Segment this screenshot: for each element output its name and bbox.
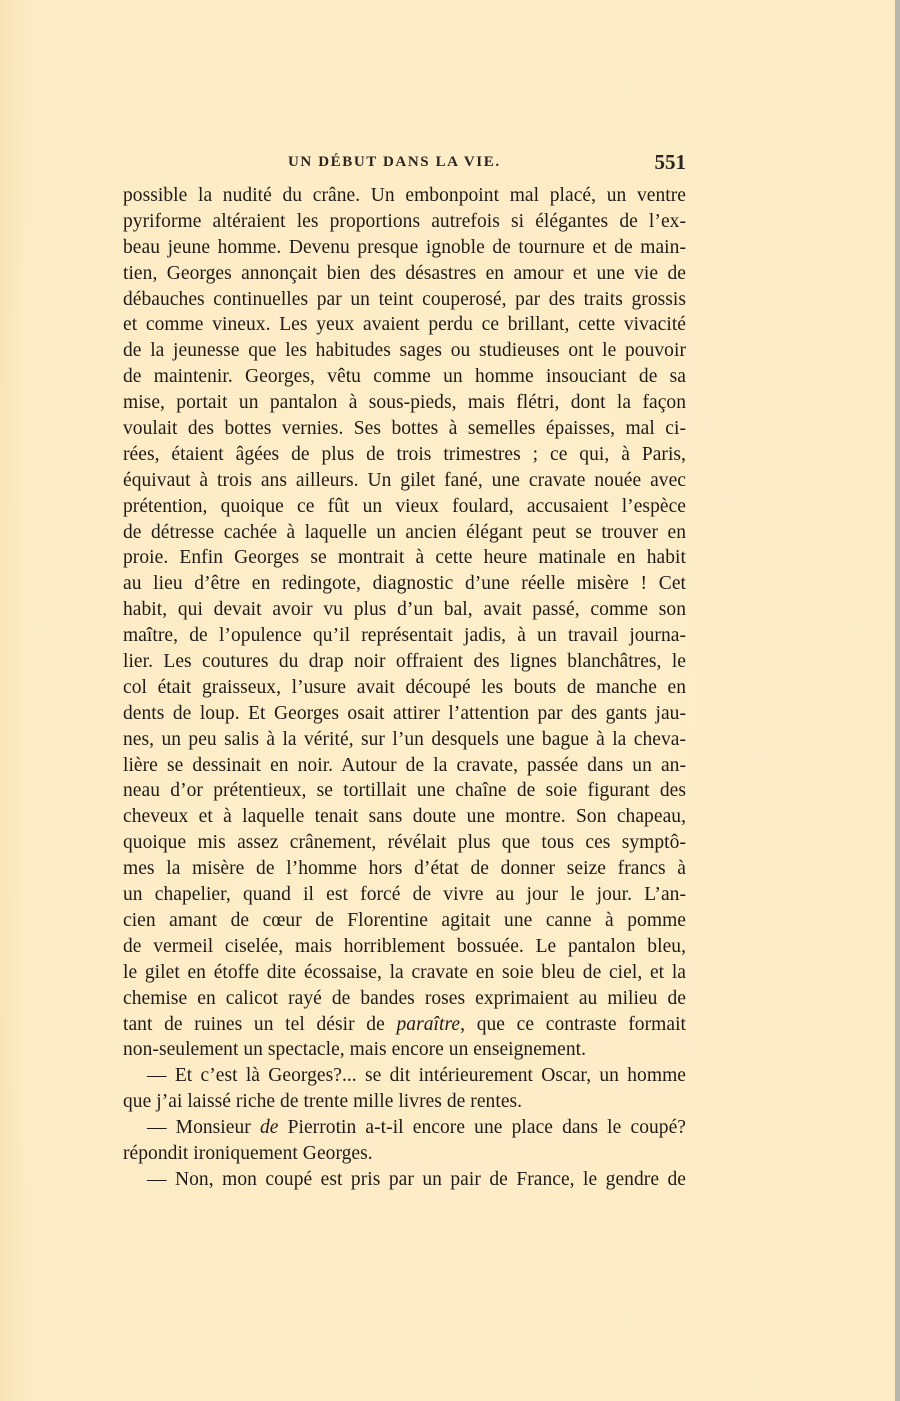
- text-line: voulait des bottes vernies. Ses bottes à…: [123, 416, 686, 442]
- text-line: cheveux et à laquelle tenait sans doute …: [123, 804, 686, 830]
- text-line: possible la nudité du crâne. Un embonpoi…: [123, 183, 686, 209]
- text-line: rées, étaient âgées de plus de trois tri…: [123, 442, 686, 468]
- text-line: maître, de l’opulence qu’il représentait…: [123, 623, 686, 649]
- text-line: dents de loup. Et Georges osait attirer …: [123, 701, 686, 727]
- text-line: cien amant de cœur de Florentine agitait…: [123, 908, 686, 934]
- text-line: habit, qui devait avoir vu plus d’un bal…: [123, 597, 686, 623]
- dialogue-line: — Non, mon coupé est pris par un pair de…: [123, 1167, 686, 1193]
- text-line: le gilet en étoffe dite écossaise, la cr…: [123, 960, 686, 986]
- italic-word: de: [260, 1117, 279, 1138]
- text-line: tien, Georges annonçait bien des désastr…: [123, 261, 686, 287]
- text-line: débauches continuelles par un teint coup…: [123, 287, 686, 313]
- text-line: de vermeil ciselée, mais horriblement bo…: [123, 934, 686, 960]
- text-line: mes la misère de l’homme hors d’état de …: [123, 856, 686, 882]
- text-line: pyriforme altéraient les proportions aut…: [123, 209, 686, 235]
- text-line: proie. Enfin Georges se montrait à cette…: [123, 545, 686, 571]
- text-line: beau jeune homme. Devenu presque ignoble…: [123, 235, 686, 261]
- text-segment: tant de ruines un tel désir de: [123, 1014, 397, 1035]
- text-line: au lieu d’être en redingote, diagnostic …: [123, 571, 686, 597]
- paragraph-end-line: non-seulement un spectacle, mais encore …: [123, 1037, 686, 1063]
- text-line: quoique mis assez crânement, révélait pl…: [123, 830, 686, 856]
- page-number: 551: [655, 150, 687, 175]
- text-line: de la jeunesse que les habitudes sages o…: [123, 338, 686, 364]
- text-line: lier. Les coutures du drap noir offraien…: [123, 649, 686, 675]
- text-line: prétention, quoique ce fût un vieux foul…: [123, 494, 686, 520]
- text-line: nes, un peu salis à la vérité, sur l’un …: [123, 727, 686, 753]
- text-line: de maintenir. Georges, vêtu comme un hom…: [123, 364, 686, 390]
- dialogue-line: — Monsieur de Pierrotin a-t-il encore un…: [123, 1115, 686, 1141]
- dialogue-line: — Et c’est là Georges?... se dit intérie…: [123, 1063, 686, 1089]
- text-line: neau d’or prétentieux, se tortillait une…: [123, 778, 686, 804]
- text-line: de détresse cachée à laquelle un ancien …: [123, 520, 686, 546]
- text-line: lière se dessinait en noir. Autour de la…: [123, 753, 686, 779]
- italic-word: paraître: [397, 1014, 461, 1035]
- text-line: équivaut à trois ans ailleurs. Un gilet …: [123, 468, 686, 494]
- body-text: possible la nudité du crâne. Un embonpoi…: [123, 183, 686, 1193]
- text-line: chemise en calicot rayé de bandes roses …: [123, 986, 686, 1012]
- text-segment: Pierrotin a-t-il encore une place dans l…: [278, 1117, 686, 1138]
- paragraph-end-line: que j’ai laissé riche de trente mille li…: [123, 1089, 686, 1115]
- text-line: et comme vineux. Les yeux avaient perdu …: [123, 312, 686, 338]
- text-segment: , que ce contraste formait: [460, 1014, 686, 1035]
- text-line: tant de ruines un tel désir de paraître,…: [123, 1012, 686, 1038]
- text-segment: — Monsieur: [147, 1117, 260, 1138]
- running-head: UN DÉBUT DANS LA VIE. 551: [123, 150, 686, 176]
- text-line: un chapelier, quand il est forcé de vivr…: [123, 882, 686, 908]
- running-title: UN DÉBUT DANS LA VIE.: [288, 154, 501, 171]
- text-line: mise, portait un pantalon à sous-pieds, …: [123, 390, 686, 416]
- text-line: col était graisseux, l’usure avait décou…: [123, 675, 686, 701]
- paragraph-end-line: répondit ironiquement Georges.: [123, 1141, 686, 1167]
- book-page: UN DÉBUT DANS LA VIE. 551 possible la nu…: [0, 0, 895, 1401]
